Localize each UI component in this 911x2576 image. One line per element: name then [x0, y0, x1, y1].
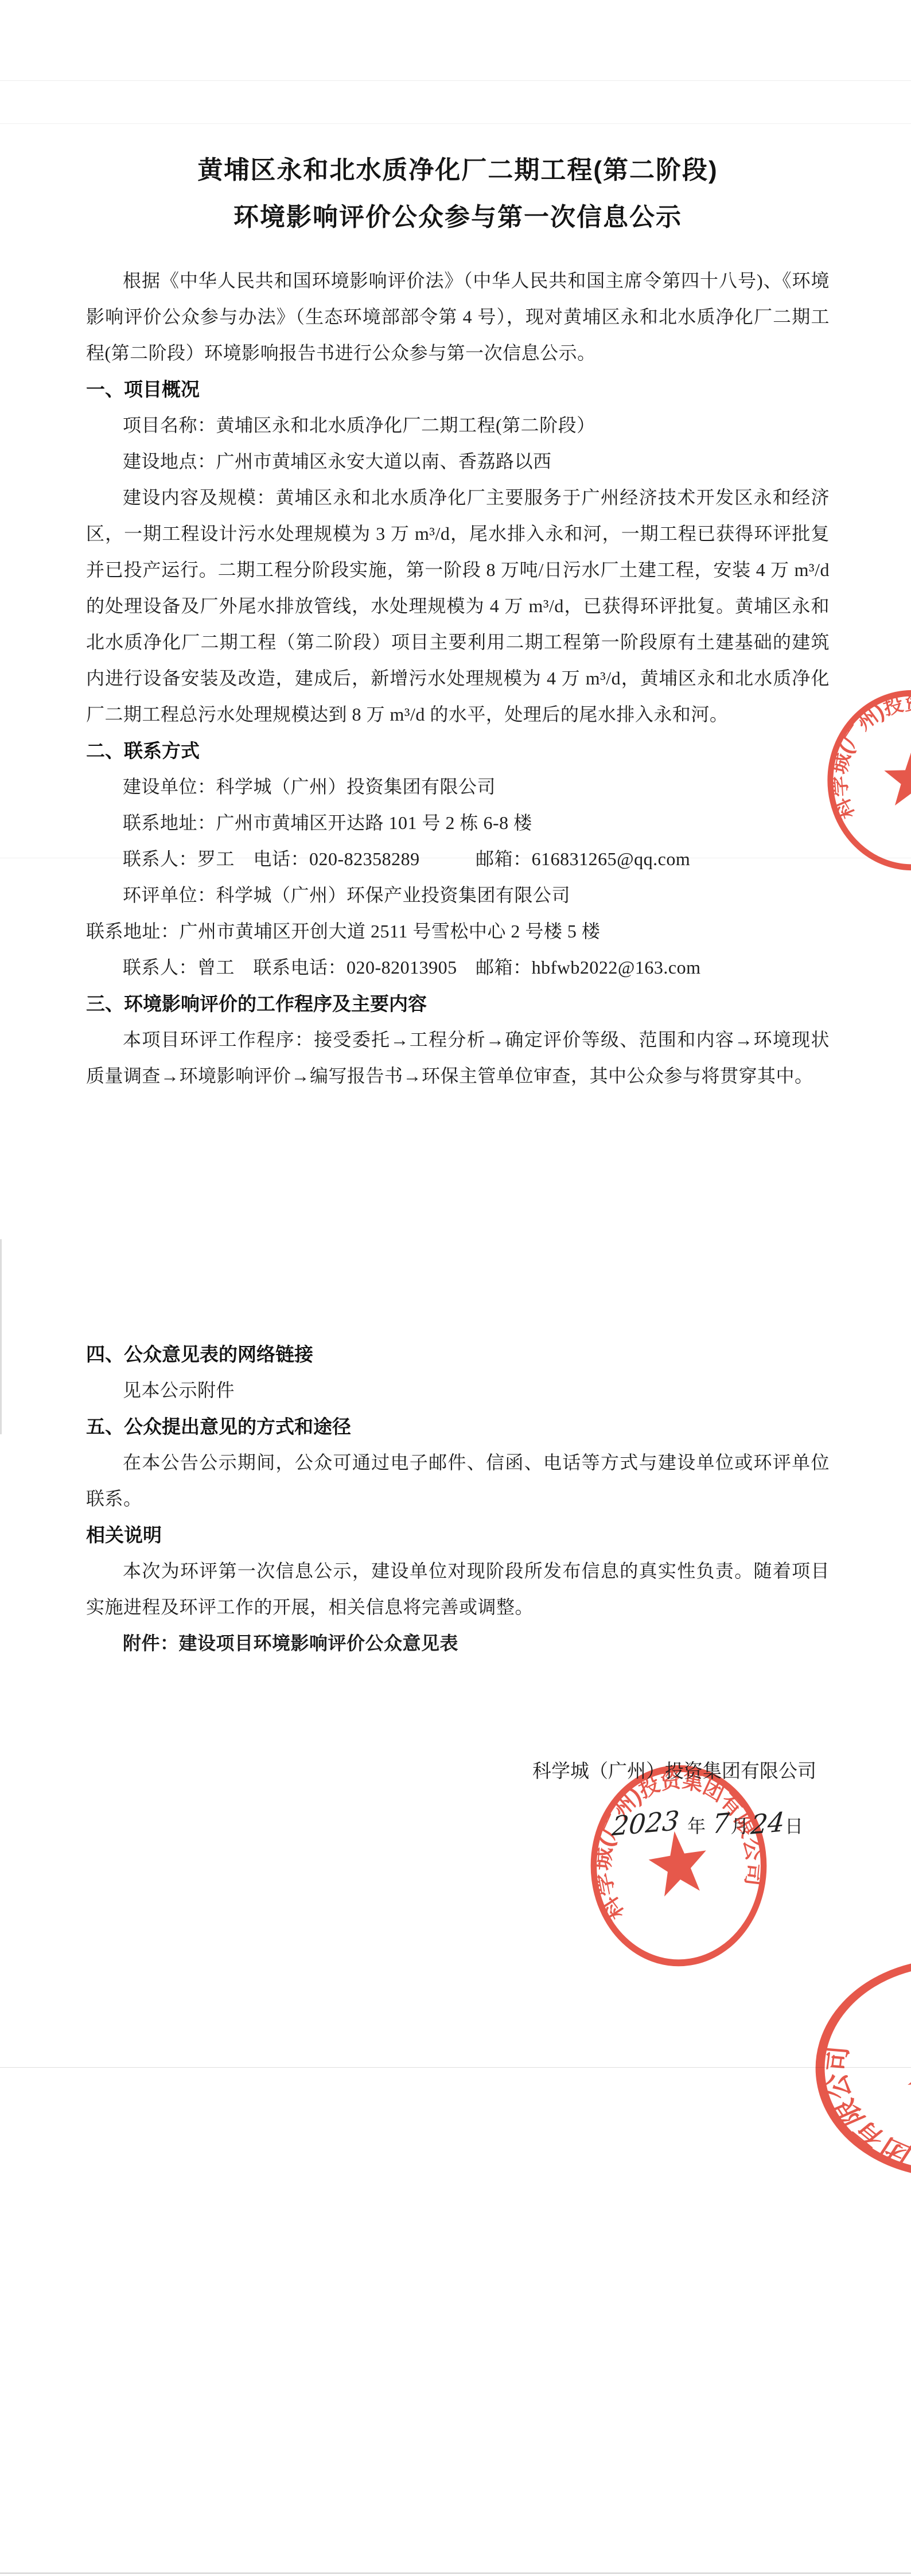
signature-company: 科学城（广州）投资集团有限公司 — [86, 1754, 830, 1790]
eia-unit-line: 环评单位：科学城（广州）环保产业投资集团有限公司 — [86, 877, 830, 913]
handwritten-month: 7 — [711, 1809, 730, 1837]
seal-company-text: 科学城(广州)投资集团有限公司 — [829, 692, 911, 822]
blank-gap — [86, 1661, 830, 1754]
section5-body-paragraph: 在本公告公示期间，公众可通过电子邮件、信函、电话等方式与建设单位或环评单位联系。 — [86, 1445, 830, 1517]
seal-group: 科学城(广州)投资集团有限公司 — [829, 692, 911, 867]
scan-artifact-line — [0, 2067, 911, 2068]
star-icon — [901, 2033, 911, 2111]
document-title-line2: 环境影响评价公众参与第一次信息公示 — [86, 194, 830, 241]
notes-body-paragraph: 本次为环评第一次信息公示，建设单位对现阶段所发布信息的真实性负责。随着项目实施进… — [86, 1553, 830, 1625]
document-page: 黄埔区永和北水质净化厂二期工程(第二阶段) 环境影响评价公众参与第一次信息公示 … — [0, 0, 911, 2576]
notes-heading: 相关说明 — [86, 1517, 830, 1553]
contact-person1-line: 联系人：罗工 电话：020-82358289 邮箱：616831265@qq.c… — [86, 841, 830, 877]
contact-address2-line: 联系地址：广州市黄埔区开创大道 2511 号雪松中心 2 号楼 5 楼 — [86, 913, 830, 950]
seal-ring — [809, 1954, 911, 2183]
handwritten-day: 24 — [750, 1808, 786, 1838]
eia-procedure-paragraph: 本项目环评工作程序：接受委托→工程分析→确定评价等级、范围和内容→环境现状质量调… — [86, 1022, 830, 1094]
blank-gap — [86, 1094, 830, 1336]
signature-date: 2023年7月24日 — [86, 1808, 830, 1845]
seal-group: 科学城(广州)投资集团有限公司 — [809, 1954, 911, 2183]
document-title-line1: 黄埔区永和北水质净化厂二期工程(第二阶段) — [86, 147, 830, 194]
scan-artifact-line — [0, 123, 911, 124]
contact-address1-line: 联系地址：广州市黄埔区开达路 101 号 2 栋 6-8 楼 — [86, 805, 830, 841]
scan-artifact-line — [0, 80, 911, 81]
seal-company-text: 科学城(广州)投资集团有限公司 — [811, 2003, 911, 2183]
official-seal-partial-right: 科学城(广州)投资集团有限公司 — [823, 686, 911, 875]
scan-artifact-mark — [0, 1239, 2, 1434]
intro-paragraph: 根据《中华人民共和国环境影响评价法》（中华人民共和国主席令第四十八号)、《环境影… — [86, 263, 830, 371]
day-label: 日 — [785, 1808, 803, 1845]
project-name-line: 项目名称：黄埔区永和北水质净化厂二期工程(第二阶段） — [86, 407, 830, 443]
section3-heading: 三、环境影响评价的工作程序及主要内容 — [86, 986, 830, 1022]
attachment-line: 附件：建设项目环境影响评价公众意见表 — [86, 1625, 830, 1661]
month-label: 月 — [730, 1808, 749, 1845]
section1-heading: 一、项目概况 — [86, 371, 830, 407]
scan-artifact-line — [0, 2573, 911, 2574]
section4-body-line: 见本公示附件 — [86, 1372, 830, 1408]
section2-heading: 二、联系方式 — [86, 733, 830, 769]
construction-unit-line: 建设单位：科学城（广州）投资集团有限公司 — [86, 769, 830, 805]
star-icon — [884, 749, 911, 806]
contact-person2-line: 联系人：曾工 联系电话：020-82013905 邮箱：hbfwb2022@16… — [86, 950, 830, 986]
project-location-line: 建设地点：广州市黄埔区永安大道以南、香荔路以西 — [86, 443, 830, 480]
seal-ring — [830, 693, 911, 867]
year-label: 年 — [687, 1808, 706, 1845]
section4-heading: 四、公众意见表的网络链接 — [86, 1336, 830, 1372]
handwritten-year: 2023 — [611, 1807, 680, 1840]
section5-heading: 五、公众提出意见的方式和途径 — [86, 1408, 830, 1445]
official-seal-partial-bottom-right: 科学城(广州)投资集团有限公司 — [809, 1954, 911, 2183]
project-scale-paragraph: 建设内容及规模：黄埔区永和北水质净化厂主要服务于广州经济技术开发区永和经济区，一… — [86, 480, 830, 733]
